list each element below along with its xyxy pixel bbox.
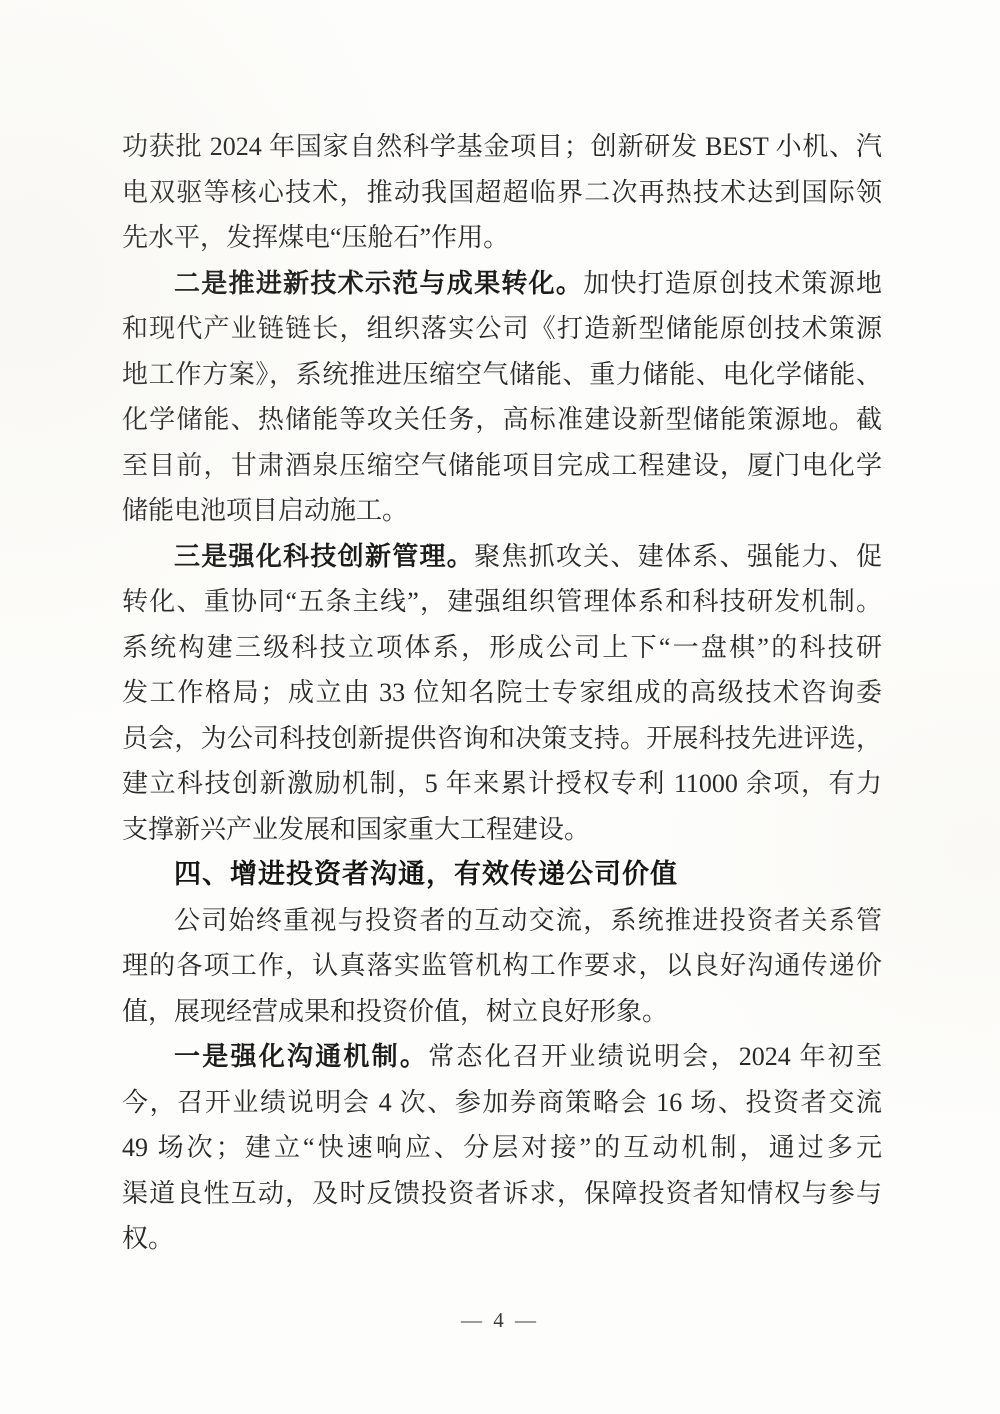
- paragraph: 功获批 2024 年国家自然科学基金项目；创新研发 BEST 小机、汽电双驱等核…: [122, 124, 882, 261]
- body-text: 转化、重协同“五条主线”，建强组织管理体系和科技研发机制。: [122, 587, 882, 616]
- text-line: 建立科技创新激励机制，5 年来累计授权专利 11000 余项，有力: [122, 761, 882, 807]
- document-body: 功获批 2024 年国家自然科学基金项目；创新研发 BEST 小机、汽电双驱等核…: [122, 124, 882, 1262]
- body-text: 支撑新兴产业发展和国家重大工程建设。: [122, 815, 590, 844]
- body-text: 先水平，发挥煤电“压舱石”作用。: [122, 223, 509, 252]
- body-text: 发工作格局；成立由 33 位知名院士专家组成的高级技术咨询委: [122, 678, 882, 707]
- body-text: 电双驱等核心技术，推动我国超超临界二次再热技术达到国际领: [122, 178, 882, 207]
- text-line: 49 场次；建立“快速响应、分层对接”的互动机制，通过多元: [122, 1125, 882, 1171]
- text-line: 至目前，甘肃酒泉压缩空气储能项目完成工程建设，厦门电化学: [122, 443, 882, 489]
- text-line: 和现代产业链链长，组织落实公司《打造新型储能原创技术策源: [122, 306, 882, 352]
- text-line: 化学储能、热储能等攻关任务，高标准建设新型储能策源地。截: [122, 397, 882, 443]
- text-line: 电双驱等核心技术，推动我国超超临界二次再热技术达到国际领: [122, 170, 882, 216]
- text-line: 员会，为公司科技创新提供咨询和决策支持。开展科技先进评选，: [122, 716, 882, 762]
- body-text: 化学储能、热储能等攻关任务，高标准建设新型储能策源地。截: [122, 405, 882, 434]
- text-line: 功获批 2024 年国家自然科学基金项目；创新研发 BEST 小机、汽: [122, 124, 882, 170]
- body-text: 理的各项工作，认真落实监管机构工作要求，以良好沟通传递价: [122, 951, 882, 980]
- text-line: 一是强化沟通机制。常态化召开业绩说明会，2024 年初至: [122, 1034, 882, 1080]
- bold-lead-text: 三是强化科技创新管理。: [174, 541, 474, 571]
- body-text: 聚焦抓攻关、建体系、强能力、促: [474, 542, 882, 571]
- text-line: 渠道良性互动，及时反馈投资者诉求，保障投资者知情权与参与: [122, 1171, 882, 1217]
- text-line: 公司始终重视与投资者的互动交流，系统推进投资者关系管: [122, 898, 882, 944]
- body-text: 常态化召开业绩说明会，2024 年初至: [428, 1042, 882, 1071]
- bold-lead-text: 二是推进新技术示范与成果转化。: [174, 268, 583, 298]
- text-line: 今，召开业绩说明会 4 次、参加券商策略会 16 场、投资者交流: [122, 1080, 882, 1126]
- body-text: 储能电池项目启动施工。: [122, 496, 408, 525]
- document-page: 功获批 2024 年国家自然科学基金项目；创新研发 BEST 小机、汽电双驱等核…: [0, 0, 1000, 1414]
- text-line: 理的各项工作，认真落实监管机构工作要求，以良好沟通传递价: [122, 943, 882, 989]
- body-text: 至目前，甘肃酒泉压缩空气储能项目完成工程建设，厦门电化学: [122, 451, 882, 480]
- body-text: 渠道良性互动，及时反馈投资者诉求，保障投资者知情权与参与: [122, 1179, 882, 1208]
- text-line: 支撑新兴产业发展和国家重大工程建设。: [122, 807, 882, 853]
- text-line: 值，展现经营成果和投资价值，树立良好形象。: [122, 989, 882, 1035]
- text-line: 发工作格局；成立由 33 位知名院士专家组成的高级技术咨询委: [122, 670, 882, 716]
- paragraph: 公司始终重视与投资者的互动交流，系统推进投资者关系管理的各项工作，认真落实监管机…: [122, 898, 882, 1035]
- text-line: 转化、重协同“五条主线”，建强组织管理体系和科技研发机制。: [122, 579, 882, 625]
- body-text: 功获批 2024 年国家自然科学基金项目；创新研发 BEST 小机、汽: [122, 132, 882, 161]
- bold-lead-text: 一是强化沟通机制。: [174, 1041, 428, 1071]
- body-text: 公司始终重视与投资者的互动交流，系统推进投资者关系管: [174, 906, 882, 935]
- body-text: 加快打造原创技术策源地: [583, 269, 882, 298]
- text-line: 储能电池项目启动施工。: [122, 488, 882, 534]
- body-text: 系统构建三级科技立项体系，形成公司上下“一盘棋”的科技研: [122, 633, 882, 662]
- text-line: 三是强化科技创新管理。聚焦抓攻关、建体系、强能力、促: [122, 534, 882, 580]
- text-line: 权。: [122, 1216, 882, 1262]
- body-text: 员会，为公司科技创新提供咨询和决策支持。开展科技先进评选，: [122, 724, 882, 753]
- text-line: 地工作方案》，系统推进压缩空气储能、重力储能、电化学储能、: [122, 352, 882, 398]
- body-text: 49 场次；建立“快速响应、分层对接”的互动机制，通过多元: [122, 1133, 882, 1162]
- paragraph: 一是强化沟通机制。常态化召开业绩说明会，2024 年初至今，召开业绩说明会 4 …: [122, 1034, 882, 1262]
- body-text: 和现代产业链链长，组织落实公司《打造新型储能原创技术策源: [122, 314, 882, 343]
- paragraph: 二是推进新技术示范与成果转化。加快打造原创技术策源地和现代产业链链长，组织落实公…: [122, 261, 882, 534]
- body-text: 建立科技创新激励机制，5 年来累计授权专利 11000 余项，有力: [122, 769, 882, 798]
- section-heading: 四、增进投资者沟通，有效传递公司价值: [122, 852, 882, 898]
- body-text: 今，召开业绩说明会 4 次、参加券商策略会 16 场、投资者交流: [122, 1088, 882, 1117]
- page-number: — 4 —: [0, 1308, 1000, 1333]
- paragraph: 三是强化科技创新管理。聚焦抓攻关、建体系、强能力、促转化、重协同“五条主线”，建…: [122, 534, 882, 853]
- text-line: 系统构建三级科技立项体系，形成公司上下“一盘棋”的科技研: [122, 625, 882, 671]
- body-text: 权。: [122, 1224, 174, 1253]
- text-line: 先水平，发挥煤电“压舱石”作用。: [122, 215, 882, 261]
- body-text: 值，展现经营成果和投资价值，树立良好形象。: [122, 997, 668, 1026]
- text-line: 二是推进新技术示范与成果转化。加快打造原创技术策源地: [122, 261, 882, 307]
- body-text: 地工作方案》，系统推进压缩空气储能、重力储能、电化学储能、: [122, 360, 882, 389]
